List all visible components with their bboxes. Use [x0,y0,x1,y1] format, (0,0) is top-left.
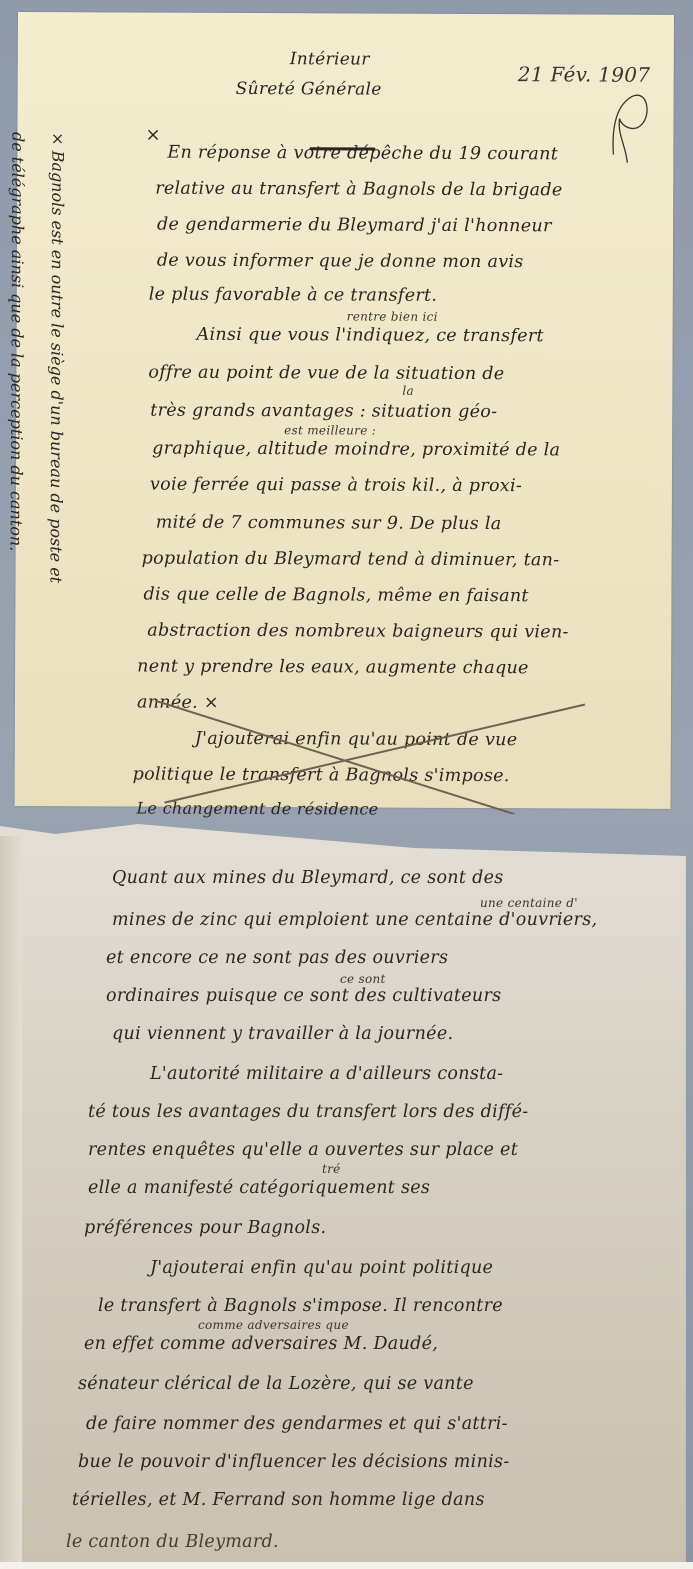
manuscript-page-1: Intérieur Sûreté Générale 21 Fév. 1907 ×… [15,12,674,809]
text-line: de vous informer que je donne mon avis [157,251,524,273]
text-line: de gendarmerie du Bleymard j'ai l'honneu… [157,215,552,237]
text-line: voie ferrée qui passe à trois kil., à pr… [150,475,522,497]
margin-note-line: de télégraphe ainsi que de la perception… [0,132,37,752]
text-line: nent y prendre les eaux, augmente chaque [137,657,529,679]
text-line: rentes enquêtes qu'elle a ouvertes sur p… [88,1140,518,1160]
interlinear-insertion: la [402,384,414,398]
manuscript-page-2: Quant aux mines du Bleymard, ce sont des… [0,818,690,1566]
interlinear-insertion: tré [322,1162,341,1176]
text-line: le canton du Bleymard. [66,1532,279,1552]
interlinear-insertion: ce sont [340,972,386,986]
text-line: sénateur clérical de la Lozère, qui se v… [78,1374,474,1394]
text-line: elle a manifesté catégoriquement ses [88,1178,430,1198]
text-line: Ainsi que vous l'indiquez, ce transfert [197,325,544,347]
page-fold-edge [0,836,22,1566]
text-line: relative au transfert à Bagnols de la br… [155,179,562,201]
text-line: térielles, et M. Ferrand son homme lige … [72,1490,485,1510]
interlinear-insertion: comme adversaires que [198,1318,349,1332]
text-line: et encore ce ne sont pas des ouvriers [106,948,448,968]
text-line: le transfert à Bagnols s'impose. Il renc… [98,1296,503,1316]
text-line: abstraction des nombreux baigneurs qui v… [147,621,569,643]
text-line: Quant aux mines du Bleymard, ce sont des [112,868,504,888]
text-line: population du Bleymard tend à diminuer, … [142,549,560,571]
cross-out-strokes [135,693,596,815]
paraph-flourish-icon [607,75,653,165]
text-line: té tous les avantages du transfert lors … [88,1102,529,1122]
text-line: qui viennent y travailler à la journée. [112,1024,453,1044]
margin-note-line: × Bagnols est en outre le siège d'un bur… [35,132,78,752]
interlinear-insertion: est meilleure : [284,423,376,437]
text-line: préférences pour Bagnols. [84,1218,326,1238]
text-line: L'autorité militaire a d'ailleurs consta… [150,1064,503,1084]
text-line: dis que celle de Bagnols, même en faisan… [143,585,528,607]
margin-note: × Bagnols est en outre le siège d'un bur… [0,132,77,752]
header-line-2: Sûreté Générale [236,79,382,100]
text-line: très grands avantages : situation géo- [150,401,497,423]
bottom-edge-strip [0,1562,693,1569]
interlinear-insertion: rentre bien ici [347,309,438,323]
text-line: de faire nommer des gendarmes et qui s'a… [86,1414,508,1434]
text-line: J'ajouterai enfin qu'au point politique [150,1258,493,1278]
insertion-mark: × [145,125,160,146]
text-line: bue le pouvoir d'influencer les décision… [78,1452,510,1472]
interlinear-insertion: une centaine d' [480,896,578,910]
text-line: offre au point de vue de la situation de [148,363,504,385]
text-line: en effet comme adversaires M. Daudé, [84,1334,438,1354]
text-line: mité de 7 communes sur 9. De plus la [156,513,502,535]
text-line: mines de zinc qui emploient une centaine… [112,910,597,930]
text-line: En réponse à votre dépêche du 19 courant [167,143,558,165]
header-line-1: Intérieur [290,49,370,69]
text-line: graphique, altitude moindre, proximité d… [152,439,560,461]
text-line: le plus favorable à ce transfert. [149,285,438,306]
text-line: ordinaires puisque ce sont des cultivate… [106,986,501,1006]
